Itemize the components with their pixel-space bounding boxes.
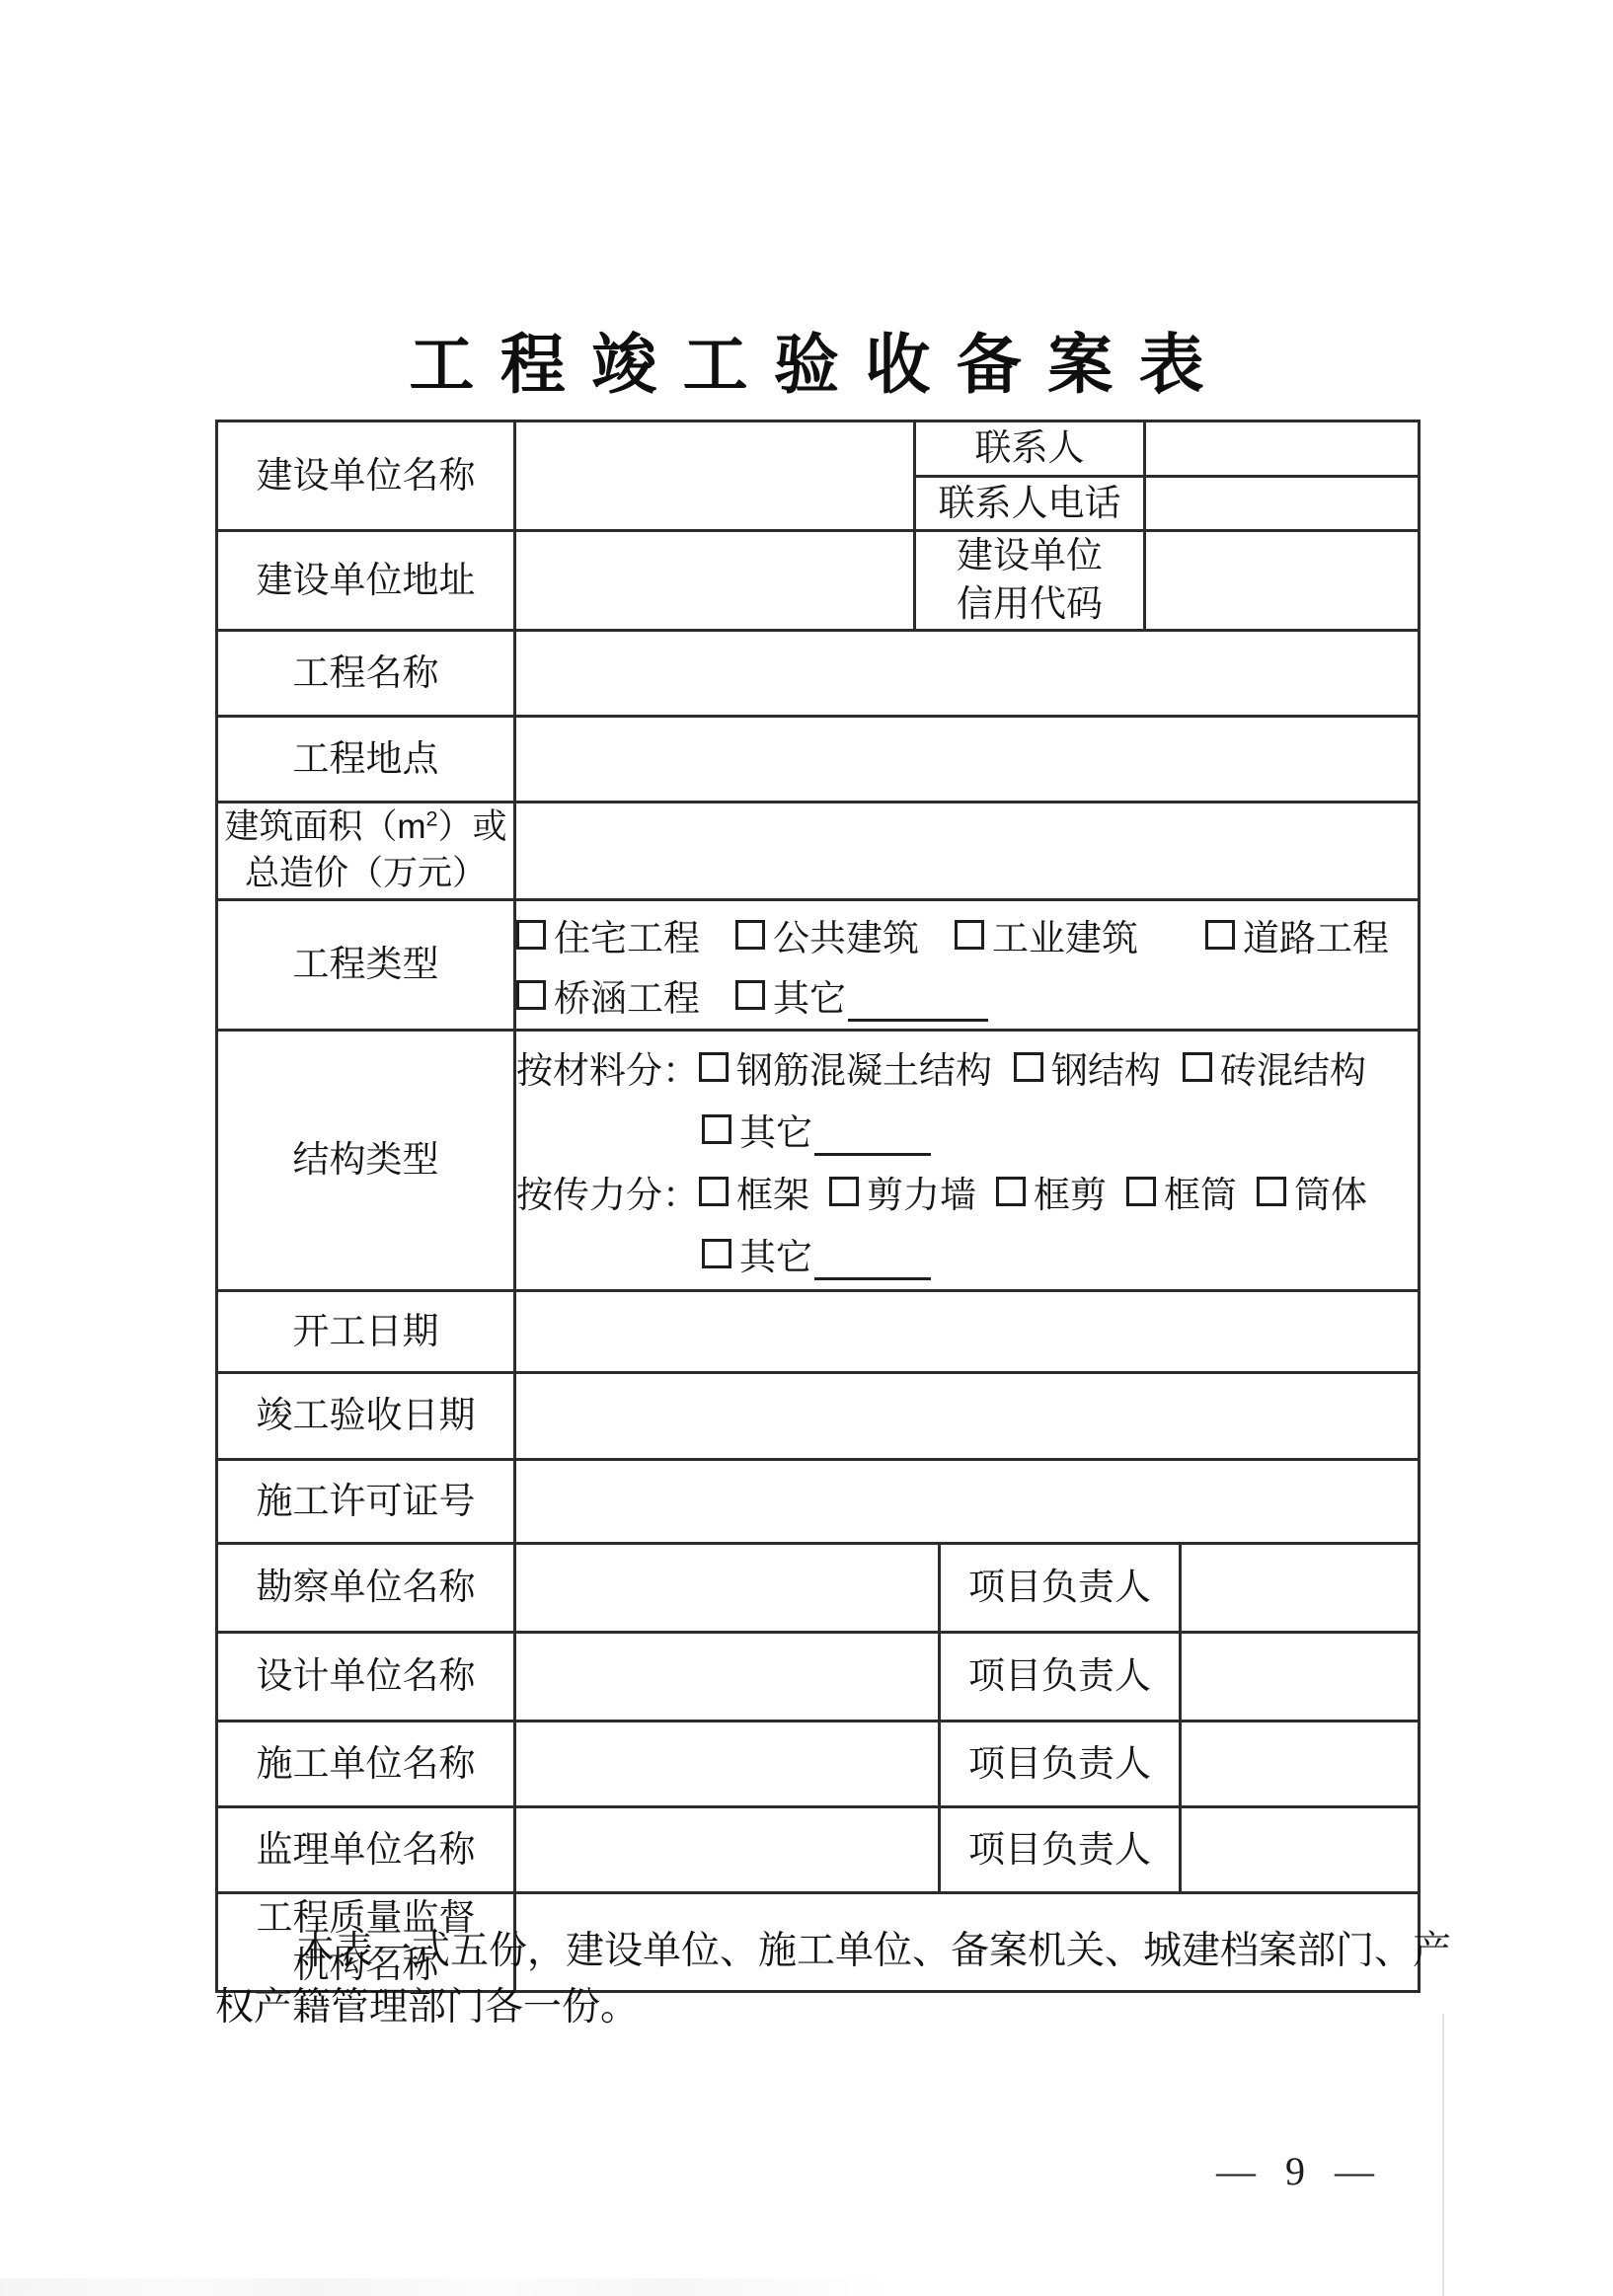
label-area-part2: ）或 (438, 807, 507, 846)
label-credit-code-line2: 信用代码 (916, 580, 1143, 629)
table-row: 设计单位名称 项目负责人 (217, 1632, 1420, 1721)
field-survey-pm (1181, 1543, 1420, 1632)
field-start-date (515, 1290, 1420, 1372)
option-label: 工业建筑 (992, 908, 1138, 961)
page-number: — 9 — (1216, 2148, 1384, 2194)
completion-filing-form-table: 建设单位名称 联系人 联系人电话 建设单位地址 建设单位 信用代码 工程名称 (215, 420, 1421, 1993)
label-area-line1: 建筑面积（m2）或 (218, 804, 513, 850)
option-label: 钢结构 (1051, 1040, 1161, 1094)
checkbox-icon (996, 1177, 1026, 1206)
label-project-location: 工程地点 (217, 716, 515, 802)
table-row: 竣工验收日期 (217, 1372, 1420, 1459)
checkbox-icon (955, 920, 984, 950)
label-area-part1: 建筑面积（m (224, 807, 425, 846)
group-label-by-force: 按传力分： (516, 1165, 699, 1218)
checkbox-option: 桥涵工程 (516, 968, 700, 1022)
table-row: 结构类型 按材料分： 钢筋混凝土结构 钢结构 砖混结构 其它 按传力分： 框架 … (217, 1030, 1420, 1290)
label-builder-pm: 项目负责人 (940, 1721, 1181, 1806)
checkbox-icon (1257, 1177, 1286, 1206)
label-supervision-pm: 项目负责人 (940, 1806, 1181, 1892)
checkbox-option: 框筒 (1126, 1165, 1237, 1218)
label-design-unit: 设计单位名称 (217, 1632, 515, 1721)
label-survey-pm: 项目负责人 (940, 1543, 1181, 1632)
fill-in-blank-line (848, 985, 988, 1022)
table-row: 施工许可证号 (217, 1459, 1420, 1543)
field-builder-pm (1181, 1721, 1420, 1806)
label-builder-unit: 施工单位名称 (217, 1721, 515, 1806)
table-row: 工程地点 (217, 716, 1420, 802)
checkbox-icon (1183, 1052, 1212, 1082)
fill-in-blank-line (814, 1119, 931, 1156)
checkbox-option: 框剪 (996, 1165, 1107, 1218)
label-project-type: 工程类型 (217, 899, 515, 1030)
field-supervision-pm (1181, 1806, 1420, 1892)
group-label-by-material: 按材料分： (516, 1040, 699, 1094)
scan-edge-artifact (1442, 2014, 1444, 2296)
checkbox-option: 工业建筑 (955, 908, 1138, 961)
checkbox-option: 公共建筑 (735, 908, 919, 961)
option-label: 砖混结构 (1220, 1040, 1366, 1094)
checkbox-icon (735, 920, 765, 950)
label-completion-date: 竣工验收日期 (217, 1372, 515, 1459)
field-project-name (515, 630, 1420, 716)
option-label: 道路工程 (1243, 908, 1389, 961)
label-structure-type: 结构类型 (217, 1030, 515, 1290)
field-design-pm (1181, 1632, 1420, 1721)
field-project-location (515, 716, 1420, 802)
checkbox-option-other: 其它 (702, 1103, 931, 1156)
checkbox-option: 钢结构 (1014, 1040, 1161, 1094)
checkbox-option: 筒体 (1257, 1165, 1367, 1218)
label-construction-unit-address: 建设单位地址 (217, 531, 515, 631)
field-builder-unit (515, 1721, 940, 1806)
label-supervision-unit: 监理单位名称 (217, 1806, 515, 1892)
option-label: 其它 (773, 968, 846, 1022)
checkbox-option: 剪力墙 (829, 1165, 976, 1218)
scan-bottom-artifact (0, 2278, 888, 2296)
checkbox-icon (1126, 1177, 1156, 1206)
label-area-superscript: 2 (426, 806, 438, 831)
checkbox-icon (1014, 1052, 1043, 1082)
field-construction-unit-name (515, 421, 915, 531)
fill-in-blank-line (814, 1244, 931, 1280)
checkbox-option: 钢筋混凝土结构 (699, 1040, 992, 1094)
checkbox-icon (735, 980, 765, 1010)
field-credit-code (1145, 531, 1420, 631)
option-label: 框筒 (1164, 1165, 1237, 1218)
label-contact-phone: 联系人电话 (915, 477, 1145, 531)
checkbox-icon (516, 980, 546, 1010)
checkbox-icon (829, 1177, 859, 1206)
table-row: 监理单位名称 项目负责人 (217, 1806, 1420, 1892)
label-credit-code-line1: 建设单位 (916, 532, 1143, 580)
page-title: 工程竣工验收备案表 (0, 312, 1613, 406)
label-survey-unit: 勘察单位名称 (217, 1543, 515, 1632)
label-design-pm: 项目负责人 (940, 1632, 1181, 1721)
table-row: 工程名称 (217, 630, 1420, 716)
option-label: 其它 (739, 1227, 812, 1280)
checkbox-icon (699, 1177, 729, 1206)
checkbox-icon (702, 1239, 731, 1268)
project-type-options-row2: 桥涵工程 其它 (516, 968, 1418, 1022)
field-permit-no (515, 1459, 1420, 1543)
table-row: 勘察单位名称 项目负责人 (217, 1543, 1420, 1632)
option-label: 剪力墙 (867, 1165, 976, 1218)
checkbox-option: 砖混结构 (1183, 1040, 1366, 1094)
scanned-document-page: 工程竣工验收备案表 建设单位名称 联系人 联系人电话 建设单位地址 建设单位 信… (0, 0, 1613, 2296)
table-row: 建设单位地址 建设单位 信用代码 (217, 531, 1420, 631)
label-construction-unit-name: 建设单位名称 (217, 421, 515, 531)
option-label: 框架 (736, 1165, 809, 1218)
field-design-unit (515, 1632, 940, 1721)
option-label: 筒体 (1294, 1165, 1367, 1218)
checkbox-option: 框架 (699, 1165, 809, 1218)
structure-by-material-other-row: 其它 (702, 1103, 1418, 1156)
label-area-line2: 总造价（万元） (218, 851, 513, 896)
checkbox-option: 道路工程 (1205, 908, 1389, 961)
checkbox-icon (1205, 920, 1235, 950)
label-project-name: 工程名称 (217, 630, 515, 716)
checkbox-option-other: 其它 (702, 1227, 931, 1280)
option-label: 其它 (739, 1103, 812, 1156)
footer-note-line2: 权产籍管理部门各一份。 (215, 1979, 1459, 2035)
structure-by-force-other-row: 其它 (702, 1227, 1418, 1280)
option-label: 钢筋混凝土结构 (736, 1040, 992, 1094)
footer-note: 本表一式五份，建设单位、施工单位、备案机关、城建档案部门、产 权产籍管理部门各一… (215, 1923, 1459, 2035)
checkbox-option-other: 其它 (735, 968, 988, 1022)
checkbox-icon (702, 1114, 731, 1144)
table-row: 建筑面积（m2）或 总造价（万元） (217, 802, 1420, 899)
option-label: 住宅工程 (554, 908, 700, 961)
field-construction-unit-address (515, 531, 915, 631)
option-label: 桥涵工程 (554, 968, 700, 1022)
table-row: 开工日期 (217, 1290, 1420, 1372)
project-type-options-row1: 住宅工程 公共建筑 工业建筑 道路工程 (516, 908, 1418, 961)
table-row: 施工单位名称 项目负责人 (217, 1721, 1420, 1806)
field-contact-person (1145, 421, 1420, 477)
label-permit-no: 施工许可证号 (217, 1459, 515, 1543)
checkbox-icon (699, 1052, 729, 1082)
option-label: 公共建筑 (773, 908, 919, 961)
checkbox-option: 住宅工程 (516, 908, 700, 961)
field-contact-phone (1145, 477, 1420, 531)
table-row: 工程类型 住宅工程 公共建筑 工业建筑 道路工程 桥涵工程 其它 (217, 899, 1420, 1030)
structure-by-material-row: 按材料分： 钢筋混凝土结构 钢结构 砖混结构 (516, 1040, 1418, 1094)
footer-note-line1: 本表一式五份，建设单位、施工单位、备案机关、城建档案部门、产 (215, 1923, 1459, 1979)
structure-type-options: 按材料分： 钢筋混凝土结构 钢结构 砖混结构 其它 按传力分： 框架 剪力墙 框… (515, 1030, 1420, 1290)
label-credit-code: 建设单位 信用代码 (915, 531, 1145, 631)
field-area-or-cost (515, 802, 1420, 899)
table-row: 建设单位名称 联系人 (217, 421, 1420, 477)
field-survey-unit (515, 1543, 940, 1632)
label-area-or-cost: 建筑面积（m2）或 总造价（万元） (217, 802, 515, 899)
field-supervision-unit (515, 1806, 940, 1892)
project-type-options: 住宅工程 公共建筑 工业建筑 道路工程 桥涵工程 其它 (515, 899, 1420, 1030)
option-label: 框剪 (1034, 1165, 1107, 1218)
label-contact-person: 联系人 (915, 421, 1145, 477)
label-start-date: 开工日期 (217, 1290, 515, 1372)
field-completion-date (515, 1372, 1420, 1459)
checkbox-icon (516, 920, 546, 950)
structure-by-force-row: 按传力分： 框架 剪力墙 框剪 框筒 筒体 (516, 1165, 1418, 1218)
